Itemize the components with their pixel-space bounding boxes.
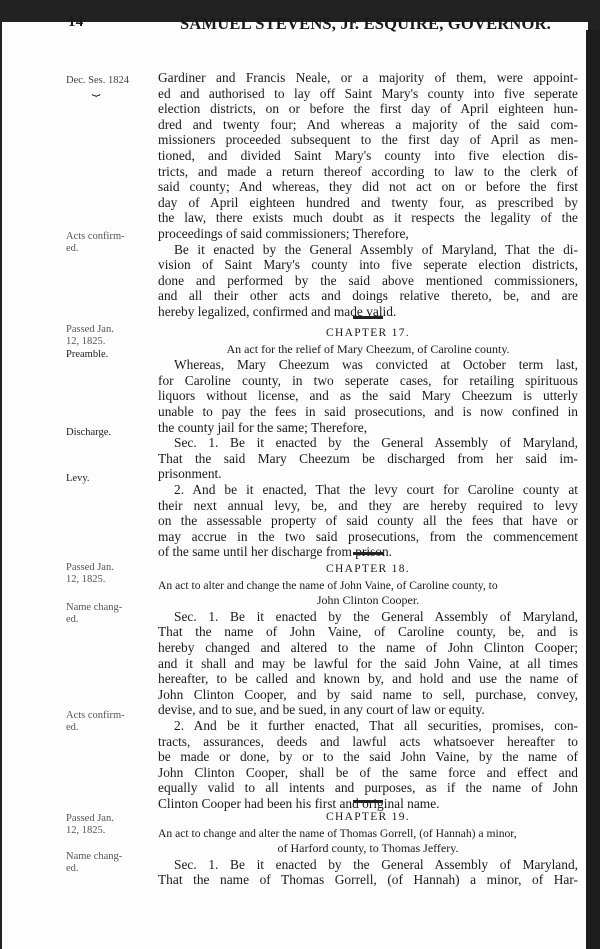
intro-paragraph: Gardiner and Francis Neale, or a majorit… [158,70,578,320]
margin-note-levy: Levy. [66,473,156,485]
margin-note-passed-ch17: Passed Jan. 12, 1825. [66,324,156,348]
text-line: Gardiner and Francis Neale, or a majorit… [158,70,578,86]
text-line: may accrue in the two said prosecutions,… [158,529,578,545]
chapter-title: An act for the relief of Mary Cheezum, o… [158,342,578,358]
margin-note-passed-ch18: Passed Jan. 12, 1825. [66,562,156,586]
brace-mark: ⏟ [92,82,100,98]
text-line: tracts, assurances, deeds and lawful act… [158,734,578,750]
text-line: prisonment. [158,466,578,482]
text-line: Sec. 1. Be it enacted by the General Ass… [158,857,578,873]
text-line: proceedings of said commissioners; There… [158,226,578,242]
chapter-19: CHAPTER 19. An act to change and alter t… [158,810,578,888]
margin-note-passed-ch19: Passed Jan. 12, 1825. [66,813,156,837]
margin-note-session: Dec. Ses. 1824 [66,75,156,87]
text-line: day of April eighteen hundred and twenty… [158,195,578,211]
text-line: hereby changed and altered to the name o… [158,640,578,656]
text-line: vision of Saint Mary's county into five … [158,257,578,273]
text-line: said county; And whereas, they did not a… [158,179,578,195]
margin-note-name-changed-ch19: Name chang- ed. [66,851,156,875]
text-line: election districts, on or before the fir… [158,101,578,117]
margin-note-discharge: Discharge. [66,427,156,439]
text-line: John Clinton Cooper, shall be of the sam… [158,765,578,781]
chapter-title: An act to alter and change the name of J… [158,578,578,594]
text-line: for Caroline county, in two seperate cas… [158,373,578,389]
scan-edge [586,30,600,949]
running-header: 14 SAMUEL STEVENS, Jr. ESQUIRE, GOVERNOR… [68,14,548,34]
text-line: equally valid to all intents and purpose… [158,780,578,796]
text-line: Be it enacted by the General Assembly of… [158,242,578,258]
chapter-17: CHAPTER 17. An act for the relief of Mar… [158,326,578,560]
text-line: devise, and to sue, and be sued, in any … [158,702,578,718]
section-divider [353,552,383,555]
margin-note-acts-confirmed: Acts confirm- ed. [66,231,156,255]
text-line: the county jail for the same; Therefore, [158,420,578,436]
text-line: Whereas, Mary Cheezum was convicted at O… [158,357,578,373]
text-line: done and performed by the said above men… [158,273,578,289]
text-line: their next annual levy, be, and they are… [158,498,578,514]
text-line: unable to pay the fees in said prosecuti… [158,404,578,420]
text-line: the law, there exists much doubt as it r… [158,210,578,226]
text-line: Sec. 1. Be it enacted by the General Ass… [158,609,578,625]
text-line: liquors without license, and as the said… [158,388,578,404]
margin-note-preamble: Preamble. [66,349,156,361]
chapter-18: CHAPTER 18. An act to alter and change t… [158,562,578,812]
text-line: dred and twenty four; And whereas a majo… [158,117,578,133]
text-line: and it shall and may be lawful for the s… [158,656,578,672]
text-line: 2. And be it further enacted, That all s… [158,718,578,734]
text-line: missioners proceeded subsequent to the f… [158,132,578,148]
text-line: tioned, and divided Saint Mary's county … [158,148,578,164]
chapter-heading: CHAPTER 19. [158,810,578,826]
chapter-title: John Clinton Cooper. [158,593,578,609]
text-line: be made or done, by or to the said John … [158,749,578,765]
chapter-title: of Harford county, to Thomas Jeffery. [158,841,578,857]
text-line: That the name of Thomas Gorrell, (of Han… [158,872,578,888]
chapter-heading: CHAPTER 17. [158,326,578,342]
text-line: Sec. 1. Be it enacted by the General Ass… [158,435,578,451]
section-divider [353,316,383,319]
margin-note-acts-confirmed-ch18: Acts confirm- ed. [66,710,156,734]
text-line: and all their other acts and doings rela… [158,288,578,304]
text-line: on the assessable property of said count… [158,513,578,529]
text-line: That the name of John Vaine, of Caroline… [158,624,578,640]
chapter-heading: CHAPTER 18. [158,562,578,578]
text-line: tricts, and made a return thereof accord… [158,164,578,180]
chapter-title: An act to change and alter the name of T… [158,826,578,842]
running-title: SAMUEL STEVENS, Jr. ESQUIRE, GOVERNOR. [180,14,551,34]
page-number: 14 [68,14,83,31]
text-line: That the said Mary Cheezum be discharged… [158,451,578,467]
text-line: 2. And be it enacted, That the levy cour… [158,482,578,498]
text-line: ed and authorised to lay off Saint Mary'… [158,86,578,102]
text-line: John Clinton Cooper, and by said name to… [158,687,578,703]
text-line: hereafter, to be called and known by, an… [158,671,578,687]
section-divider [353,800,383,803]
margin-note-name-changed-ch18: Name chang- ed. [66,602,156,626]
